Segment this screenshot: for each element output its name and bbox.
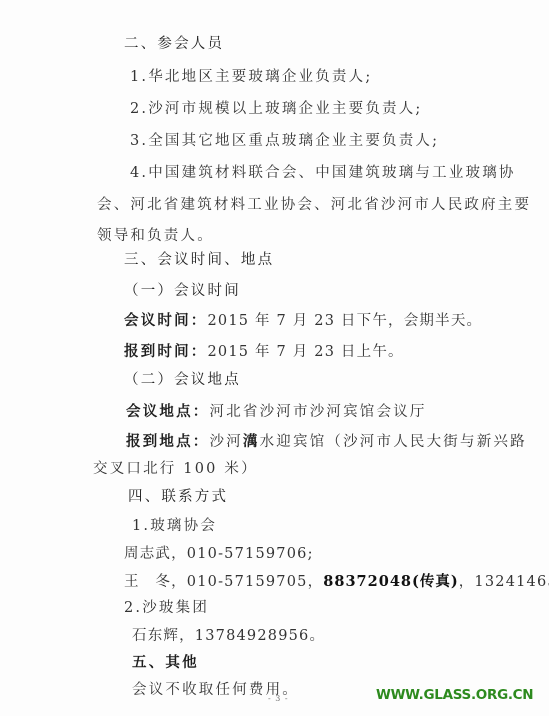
org-1-contact-1: 周志武，010-57159706; — [124, 544, 314, 564]
section-2-heading: 二、参会人员 — [124, 34, 224, 54]
org-2-title: 2.沙玻集团 — [124, 598, 209, 618]
venue-value: 河北省沙河市沙河宾馆会议厅 — [210, 404, 427, 420]
meeting-time-row: 会议时间：2015 年 7 月 23 日下午，会期半天。 — [124, 311, 482, 331]
checkin-time-value: 2015 年 7 月 23 日上午。 — [208, 344, 404, 360]
checkin-place-value-1: 沙河 — [210, 434, 243, 450]
checkin-time-row: 报到时间：2015 年 7 月 23 日上午。 — [124, 342, 404, 362]
checkin-time-label: 报到时间： — [124, 343, 208, 360]
org-1-contact-2-prefix: 王 冬，010-57159705， — [124, 574, 323, 590]
meeting-place-subheading: （二）会议地点 — [124, 370, 241, 390]
org-1-title: 1.玻璃协会 — [132, 516, 217, 536]
org-2-contact-1: 石东辉，13784928956。 — [132, 626, 325, 646]
checkin-place-line-2: 交叉口北行 100 米） — [93, 459, 258, 479]
document-page: 二、参会人员 1.华北地区主要玻璃企业负责人; 2.沙河市规模以上玻璃企业主要负… — [0, 0, 549, 716]
section-3-heading: 三、会议时间、地点 — [124, 250, 274, 270]
section-5-heading: 五、其他 — [132, 653, 199, 673]
checkin-place-row: 报到地点：沙河澫水迎宾馆（沙河市人民大街与新兴路 — [126, 432, 527, 452]
page-number: - 3 - — [268, 694, 289, 703]
attendee-item-4-line-1: 4.中国建筑材料联合会、中国建筑玻璃与工业玻璃协 — [130, 163, 516, 183]
meeting-time-label: 会议时间： — [124, 312, 208, 329]
venue-label: 会议地点： — [126, 403, 210, 420]
org-1-contact-2-fax: 88372048(传真) — [323, 573, 458, 590]
meeting-time-value: 2015 年 7 月 23 日下午，会期半天。 — [208, 313, 483, 329]
checkin-place-value-2: 水迎宾馆（沙河市人民大街与新兴路 — [260, 434, 527, 450]
meeting-time-subheading: （一）会议时间 — [124, 281, 241, 301]
org-1-contact-2: 王 冬，010-57159705，88372048(传真)，1324146575… — [124, 572, 549, 592]
checkin-place-label: 报到地点： — [126, 433, 210, 450]
org-1-contact-2-suffix: ，13241465751。 — [459, 574, 549, 590]
attendee-item-4-line-3: 领导和负责人。 — [97, 226, 214, 246]
attendee-item-4-line-2: 会、河北省建筑材料工业协会、河北省沙河市人民政府主要 — [97, 195, 531, 215]
site-watermark: WWW.GLASS.ORG.CN — [376, 687, 533, 703]
attendee-item-3: 3.全国其它地区重点玻璃企业主要负责人; — [130, 131, 439, 151]
checkin-place-value-bold: 澫 — [243, 433, 260, 450]
venue-row: 会议地点：河北省沙河市沙河宾馆会议厅 — [126, 402, 427, 422]
section-4-heading: 四、联系方式 — [128, 487, 228, 507]
attendee-item-1: 1.华北地区主要玻璃企业负责人; — [130, 67, 372, 87]
attendee-item-2: 2.沙河市规模以上玻璃企业主要负责人; — [130, 99, 423, 119]
